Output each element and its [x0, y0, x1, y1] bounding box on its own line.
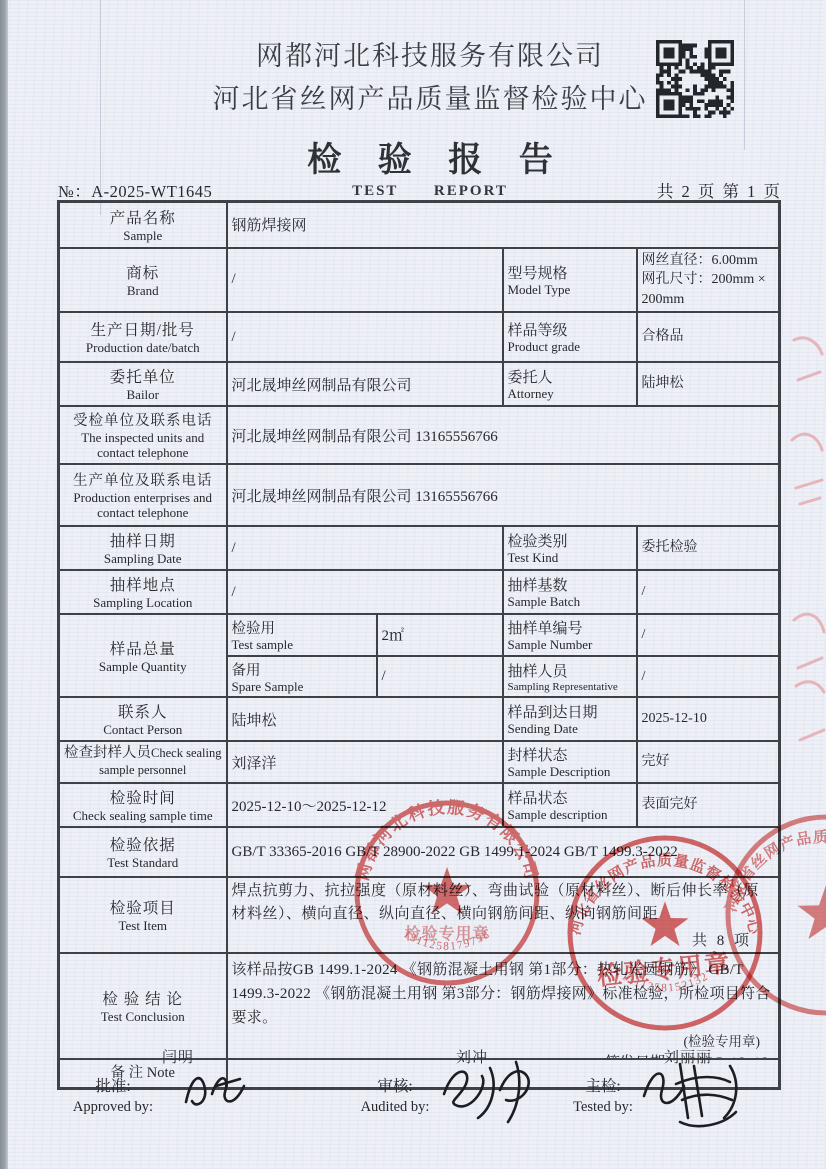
- label-spare-sample: 备用Spare Sample: [227, 656, 377, 697]
- value-contact-person: 陆坤松: [227, 697, 503, 741]
- value-test-kind: 委托检验: [637, 526, 780, 570]
- label-test-time: 检验时间Check sealing sample time: [59, 783, 227, 827]
- label-test-standard: 检验依据Test Standard: [59, 827, 227, 877]
- value-sample-number: /: [637, 614, 780, 656]
- scan-edge: [0, 0, 8, 1169]
- label-sample-number: 抽样单编号Sample Number: [503, 614, 637, 656]
- value-sending-date: 2025-12-10: [637, 697, 780, 741]
- test-report-page: 网都河北科技服务有限公司 河北省丝网产品质量监督检验中心 检 验 报 告 TES…: [0, 0, 826, 1169]
- label-production-date: 生产日期/批号Production date/batch: [59, 312, 227, 362]
- value-sampling-location: /: [227, 570, 503, 614]
- label-seal-check-personnel: 检查封样人员Check sealing sample personnel: [59, 741, 227, 783]
- label-test-item: 检验项目Test Item: [59, 877, 227, 953]
- label-sampling-location: 抽样地点Sampling Location: [59, 570, 227, 614]
- tester-signature: [636, 1052, 776, 1144]
- value-sample: 钢筋焊接网: [227, 202, 780, 248]
- value-sampling-representative: /: [637, 656, 780, 697]
- value-inspected-unit: 河北晟坤丝网制品有限公司 13165556766: [227, 406, 780, 464]
- report-number: №：A-2025-WT1645: [58, 178, 212, 202]
- value-brand: /: [227, 248, 503, 313]
- label-sampling-date: 抽样日期Sampling Date: [59, 526, 227, 570]
- riding-seal-marks: [784, 320, 826, 780]
- approver-signature: [178, 1062, 278, 1126]
- value-test-sample: 2㎡: [377, 614, 503, 656]
- label-test-sample: 检验用Test sample: [227, 614, 377, 656]
- value-bailor: 河北晟坤丝网制品有限公司: [227, 362, 503, 406]
- label-attorney: 委托人Attorney: [503, 362, 637, 406]
- label-sending-date: 样品到达日期Sending Date: [503, 697, 637, 741]
- label-sample: 产品名称Sample: [59, 202, 227, 248]
- approve-label: 批准: Approved by:: [48, 1074, 178, 1116]
- edge-seal-fragment: 河北省丝网产品质量监督检验中心: [716, 805, 826, 1025]
- page-count: 共 2 页 第 1 页: [657, 178, 782, 202]
- value-seal-state: 完好: [637, 741, 780, 783]
- seal-star-icon: [798, 885, 826, 939]
- company-seal: 网都河北科技服务有限公司 检验专用章 1311258179758: [347, 793, 547, 993]
- value-production-date: /: [227, 312, 503, 362]
- seal-star-icon: [642, 901, 689, 946]
- value-attorney: 陆坤松: [637, 362, 780, 406]
- label-bailor: 委托单位Bailor: [59, 362, 227, 406]
- label-sample-batch: 抽样基数Sample Batch: [503, 570, 637, 614]
- label-model-type: 型号规格Model Type: [503, 248, 637, 313]
- auditor-signature: [438, 1056, 558, 1134]
- value-sample-batch: /: [637, 570, 780, 614]
- value-production-unit: 河北晟坤丝网制品有限公司 13165556766: [227, 464, 780, 526]
- value-seal-check-personnel: 刘泽洋: [227, 741, 503, 783]
- seal-star-icon: [422, 867, 471, 914]
- value-spare-sample: /: [377, 656, 503, 697]
- value-sampling-date: /: [227, 526, 503, 570]
- report-title: 检 验 报 告: [80, 132, 780, 181]
- label-contact-person: 联系人Contact Person: [59, 697, 227, 741]
- label-seal-state: 封样状态Sample Description: [503, 741, 637, 783]
- value-product-grade: 合格品: [637, 312, 780, 362]
- value-model-type: 网丝直径：6.00mm 网孔尺寸：200mm × 200mm: [637, 248, 780, 313]
- label-brand: 商标Brand: [59, 248, 227, 313]
- label-production-unit: 生产单位及联系电话Production enterprises and cont…: [59, 464, 227, 526]
- label-sampling-representative: 抽样人员Sampling Representative: [503, 656, 637, 697]
- label-product-grade: 样品等级Product grade: [503, 312, 637, 362]
- label-sample-quantity: 样品总量Sample Quantity: [59, 614, 227, 697]
- label-test-conclusion: 检 验 结 论Test Conclusion: [59, 953, 227, 1059]
- label-inspected-unit: 受检单位及联系电话The inspected units and contact…: [59, 406, 227, 464]
- label-test-kind: 检验类别Test Kind: [503, 526, 637, 570]
- qr-code: [656, 40, 734, 118]
